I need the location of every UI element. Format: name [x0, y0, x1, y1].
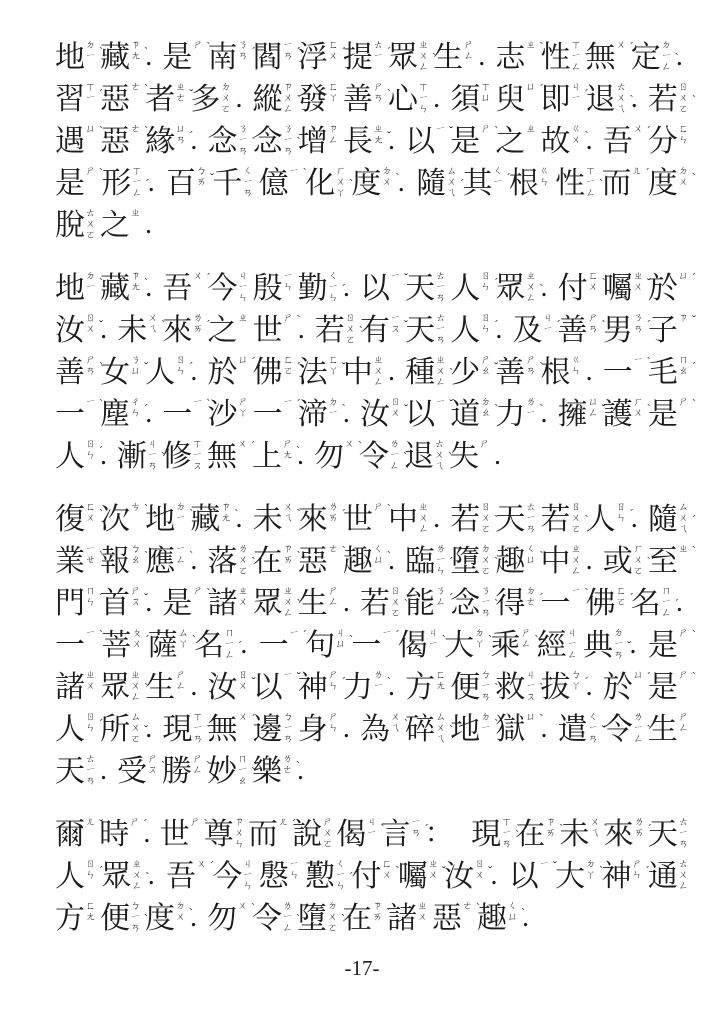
tone-mark: ˋ — [585, 513, 589, 525]
hanzi: 若 — [541, 500, 571, 540]
char-unit: 眾ㄓㄨㄥˋ — [253, 584, 294, 624]
tone-mark: ˊ — [210, 859, 214, 871]
zhuyin-letter: ㄣ — [336, 882, 346, 893]
tone-mark: ˇ — [494, 360, 498, 372]
tone-mark: ˋ — [476, 901, 480, 913]
zhuyin-letter: ㄟ — [283, 514, 293, 525]
zhuyin-letter: ㄣ — [86, 871, 96, 882]
zhuyin-letter: ㄨ — [382, 178, 392, 189]
char-unit: 令ㄌㄧㄥˋ — [359, 437, 400, 477]
char-unit: 吾ㄨˊ — [162, 269, 203, 309]
char-unit: 習ㄒㄧˊ — [55, 80, 96, 120]
zhuyin-letter: ㄛ — [283, 367, 293, 378]
zhuyin-letter: ㄢ — [243, 189, 253, 200]
zhuyin-annotation: ㄊㄨㄟˋ — [616, 83, 627, 116]
zhuyin-letter: ㄞ — [197, 178, 207, 189]
char-unit: 臨ㄌㄧㄣˊ — [405, 542, 446, 582]
tone-mark: ˋ — [99, 628, 103, 640]
hanzi: 性 — [555, 164, 585, 204]
zhuyin-annotation: ㄕˋ — [678, 629, 689, 640]
char-unit: 應ㄧㄥˋ — [145, 542, 186, 582]
zhuyin-annotation: ㄧˊ — [381, 629, 392, 640]
tone-mark: ˋ — [189, 549, 193, 561]
zhuyin-letter: ㄧ — [367, 829, 377, 840]
tone-mark: ˇ — [647, 276, 651, 288]
zhuyin-annotation: ㄙㄨㄛˇ — [130, 713, 141, 746]
zhuyin-annotation: ㄒㄧㄥˋ — [571, 41, 582, 74]
char-unit: 地ㄉㄧˋ — [450, 710, 491, 750]
char-unit: 趣ㄑㄩˋ — [495, 542, 536, 582]
zhuyin-annotation: ㄊㄧㄢ — [85, 755, 96, 788]
zhuyin-letter: ㄨ — [238, 682, 248, 693]
char-unit: 未ㄨㄟˋ — [559, 815, 600, 855]
zhuyin-letter: ㄢ — [481, 609, 491, 620]
zhuyin-annotation: ㄍㄣ — [571, 356, 582, 378]
tone-mark: ˋ — [432, 51, 436, 63]
zhuyin-annotation: ㄑㄧㄣˊ — [328, 272, 339, 305]
tone-mark: ˊ — [292, 817, 296, 829]
punctuation: . — [240, 626, 253, 664]
char-unit: 勿ㄨˋ — [207, 899, 248, 939]
zhuyin-annotation: ㄙㄨㄟˋ — [435, 713, 446, 746]
zhuyin-annotation: ㄕㄨㄛ — [322, 818, 333, 851]
hanzi: 護 — [603, 395, 633, 435]
hanzi: 是 — [648, 626, 678, 666]
char-unit: 上ㄕㄤˋ — [252, 437, 293, 477]
char-unit: 生ㄕㄥ — [298, 584, 339, 624]
zhuyin-annotation: ㄧㄣ — [283, 272, 294, 294]
char-unit: 現ㄒㄧㄢˋ — [162, 710, 203, 750]
hanzi: 及 — [513, 311, 543, 351]
hanzi: 長 — [343, 122, 373, 162]
zhuyin-letter: ㄕ — [283, 314, 293, 325]
hanzi: 令 — [603, 710, 633, 750]
zhuyin-annotation: ㄕㄥ — [463, 41, 474, 63]
punctuation: . — [236, 80, 249, 118]
char-unit: 度ㄉㄨˋ — [648, 164, 689, 204]
zhuyin-letter: ㄤ — [131, 283, 141, 294]
tone-mark: ˋ — [692, 628, 696, 640]
hanzi: 無 — [586, 38, 616, 78]
zhuyin-annotation: ㄖㄨㄛˋ — [345, 314, 356, 347]
zhuyin-annotation: ㄗㄤˋ — [220, 503, 231, 525]
zhuyin-letter: ㄞ — [283, 556, 293, 567]
zhuyin-annotation: ㄅㄧㄢ — [283, 713, 294, 746]
tone-mark: ˋ — [494, 124, 498, 136]
zhuyin-letter: ㄥ — [373, 378, 383, 389]
char-unit: 定ㄉㄧㄥˋ — [631, 38, 672, 78]
zhuyin-annotation: ㄌㄜˋ — [282, 755, 293, 777]
zhuyin-letter: ㄕ — [193, 587, 203, 598]
zhuyin-letter: ㄢ — [411, 829, 421, 840]
zhuyin-letter: ㄜ — [131, 83, 141, 94]
tone-mark: ˊ — [99, 864, 103, 876]
zhuyin-letter: ㄧ — [373, 682, 383, 693]
tone-mark: ˇ — [144, 360, 148, 372]
char-unit: 生ㄕㄥ — [648, 710, 689, 750]
char-unit: 沙ㄕㄚ — [208, 395, 249, 435]
text-line: 善ㄕㄢˋ女ㄋㄩˇ人ㄖㄣˊ.於ㄩˊ佛ㄈㄛˊ法ㄈㄚˇ中ㄓㄨㄥ.種ㄓㄨㄥˋ少ㄕㄠˇ善ㄕ… — [55, 353, 689, 395]
char-unit: 名ㄇㄧㄥˊ — [194, 626, 235, 666]
zhuyin-annotation: ㄓㄤˇ — [373, 125, 384, 147]
zhuyin-annotation: ㄅㄚˊ — [571, 671, 582, 693]
char-unit: 在ㄗㄞˋ — [342, 899, 383, 939]
char-unit: 世ㄕˋ — [253, 311, 294, 351]
hanzi: 若 — [315, 311, 345, 351]
tone-mark: ˋ — [599, 177, 603, 189]
zhuyin-annotation: ㄗㄨㄥˋ — [283, 83, 294, 116]
zhuyin-annotation: ㄊㄧㄢ — [678, 818, 689, 851]
zhuyin-annotation: ㄧㄡˇ — [390, 314, 401, 336]
zhuyin-annotation: ㄅㄧㄢˋ — [130, 902, 141, 935]
tone-mark: ˊ — [675, 597, 679, 609]
text-line: 一ㄧˋ菩ㄆㄨˊ薩ㄙㄚˋ名ㄇㄧㄥˊ.一ㄧˊ句ㄐㄩˋ一ㄧˊ偈ㄐㄧˋ大ㄉㄚˋ乘ㄕㄥˋ經… — [55, 626, 689, 668]
hanzi: 即 — [541, 80, 571, 120]
tone-mark: ˋ — [161, 450, 165, 462]
tone-mark: ˋ — [692, 93, 696, 105]
char-unit: 神ㄕㄣˊ — [601, 857, 642, 897]
zhuyin-annotation: ㄉㄧˋ — [85, 41, 96, 63]
tone-mark: ˋ — [144, 549, 148, 561]
text-line: 地ㄉㄧˋ藏ㄗㄤˋ.吾ㄨˊ今ㄐㄧㄣ殷ㄧㄣ勤ㄑㄧㄣˊ.以ㄧˇ天ㄊㄧㄢ人ㄖㄣˊ眾ㄓㄨㄥ… — [55, 269, 689, 311]
tone-mark: ˋ — [647, 355, 651, 367]
zhuyin-letter: ㄣ — [289, 871, 299, 882]
hanzi: 生 — [298, 584, 328, 624]
zhuyin-annotation: ㄧˋ — [289, 167, 300, 178]
hanzi: 便 — [100, 899, 130, 939]
zhuyin-annotation: ㄗㄥ — [328, 125, 339, 147]
zhuyin-annotation: ㄧˋ — [571, 587, 582, 598]
hanzi: 在 — [342, 899, 372, 939]
hanzi: 佛 — [253, 353, 283, 393]
zhuyin-letter: ㄩ — [86, 125, 96, 136]
zhuyin-annotation: ㄈㄣ — [678, 125, 689, 147]
char-unit: 今ㄐㄧㄣ — [208, 269, 249, 309]
zhuyin-annotation: ㄏㄨㄚˋ — [335, 167, 346, 200]
char-unit: 樂ㄌㄜˋ — [252, 752, 293, 792]
zhuyin-annotation: ㄆㄨˊ — [131, 629, 142, 651]
zhuyin-annotation: ㄈㄨˋ — [85, 503, 96, 525]
hanzi: 於 — [208, 353, 238, 393]
char-unit: 度ㄉㄨˋ — [145, 899, 186, 939]
zhuyin-letter: ㄨ — [86, 682, 96, 693]
zhuyin-annotation: ㄕˋ — [678, 398, 689, 409]
char-unit: 一ㄧˋ — [55, 395, 96, 435]
char-unit: 百ㄅㄞˇ — [166, 164, 207, 204]
hanzi: 增 — [298, 122, 328, 162]
tone-mark: ˋ — [252, 555, 256, 567]
zhuyin-letter: ㄧ — [436, 125, 446, 136]
tone-mark: ˊ — [395, 628, 399, 640]
hanzi: 碎 — [405, 710, 435, 750]
zhuyin-letter: ㄥ — [464, 52, 474, 63]
char-unit: 而ㄦˊ — [601, 164, 642, 204]
hanzi: 趣 — [343, 542, 373, 582]
tone-mark: ˋ — [442, 633, 446, 645]
zhuyin-letter: ㄢ — [526, 367, 536, 378]
hanzi: 人 — [55, 857, 85, 897]
hanzi: 在 — [253, 542, 283, 582]
hanzi: 至 — [648, 542, 678, 582]
char-unit: 受ㄕㄡˋ — [117, 752, 158, 792]
zhuyin-annotation: ㄕˋ — [192, 41, 203, 52]
hanzi: 於 — [648, 269, 678, 309]
tone-mark: ˊ — [99, 444, 103, 456]
hanzi: 隨 — [416, 164, 446, 204]
zhuyin-letter: ㄦ — [278, 818, 288, 829]
tone-mark: ˋ — [585, 586, 589, 598]
zhuyin-annotation: ㄦˊ — [631, 167, 642, 178]
tone-mark: ˋ — [99, 166, 103, 178]
hanzi: 尊 — [204, 815, 234, 855]
hanzi: 漸 — [117, 437, 147, 477]
hanzi: 若 — [450, 500, 480, 540]
char-unit: 為ㄨㄟˋ — [360, 710, 401, 750]
zhuyin-annotation: ㄌㄧㄣˊ — [435, 545, 446, 578]
hanzi: 修 — [162, 437, 192, 477]
char-unit: 生ㄕㄥ — [145, 668, 186, 708]
zhuyin-annotation: ㄕˊ — [129, 818, 140, 829]
char-unit: 尊ㄗㄨㄣ — [204, 815, 245, 855]
hanzi: 無 — [208, 710, 238, 750]
tone-mark: ˋ — [602, 318, 606, 330]
zhuyin-annotation: ㄕˋ — [192, 587, 203, 598]
char-unit: 地ㄉㄧˋ — [55, 269, 96, 309]
tone-mark: ˊ — [297, 45, 301, 57]
text-line: 人ㄖㄣˊ.漸ㄐㄧㄢˋ修ㄒㄧㄡ無ㄨˊ上ㄕㄤˋ.勿ㄨˋ令ㄌㄧㄥˋ退ㄊㄨㄟˋ失ㄕ. — [55, 437, 689, 479]
zhuyin-letter: ㄓ — [678, 545, 688, 556]
zhuyin-letter: ㄤ — [283, 451, 293, 462]
char-unit: 一ㄧˊ — [351, 626, 392, 666]
hanzi: 得 — [495, 584, 525, 624]
zhuyin-letter: ㄕ — [190, 818, 200, 829]
punctuation: . — [343, 584, 356, 622]
tone-mark: ˊ — [460, 177, 464, 189]
hanzi: 若 — [360, 584, 390, 624]
hanzi: 隨 — [648, 500, 678, 540]
zhuyin-annotation: ㄒㄧㄢˋ — [192, 713, 203, 746]
zhuyin-annotation: ㄨㄟˋ — [589, 818, 600, 840]
hanzi: 眾 — [100, 668, 130, 708]
hanzi: 一 — [162, 395, 192, 435]
tone-mark: ˋ — [539, 402, 543, 414]
zhuyin-annotation: ㄏㄨㄛˋ — [633, 545, 644, 578]
zhuyin-annotation: ㄐㄧㄢˋ — [147, 440, 158, 473]
zhuyin-letter: ㄣ — [436, 567, 446, 578]
char-unit: 於ㄩˊ — [648, 269, 689, 309]
zhuyin-annotation: ㄖㄨˇ — [390, 398, 401, 420]
tone-mark: ˋ — [539, 681, 543, 693]
hanzi: 神 — [601, 857, 631, 897]
zhuyin-annotation: ㄕㄥ — [678, 713, 689, 735]
hanzi: 諸 — [208, 584, 238, 624]
char-unit: 隨ㄙㄨㄟˊ — [648, 500, 689, 540]
tone-mark: ˋ — [161, 759, 165, 771]
zhuyin-annotation: ㄉㄨˋ — [381, 167, 392, 189]
zhuyin-annotation: ㄒㄧㄣ — [418, 83, 429, 116]
zhuyin-annotation: ㄕㄢˋ — [85, 356, 96, 378]
hanzi: 者 — [145, 80, 175, 120]
zhuyin-annotation: ㄌㄧˋ — [525, 398, 536, 420]
tone-mark: ˊ — [189, 360, 193, 372]
zhuyin-letter: ㄡ — [193, 462, 203, 473]
char-unit: 方ㄈㄤ — [405, 668, 446, 708]
char-unit: 是ㄕˋ — [648, 668, 689, 708]
zhuyin-letter: ㄨ — [176, 913, 186, 924]
zhuyin-letter: ㄢ — [238, 147, 248, 158]
char-unit: 汝ㄖㄨˇ — [444, 857, 485, 897]
tone-mark: ˊ — [342, 507, 346, 519]
zhuyin-letter: ㄥ — [586, 189, 596, 200]
zhuyin-annotation: ㄈㄛˊ — [616, 587, 627, 609]
tone-mark: ˋ — [342, 402, 346, 414]
char-unit: 性ㄒㄧㄥˋ — [555, 164, 596, 204]
zhuyin-letter: ㄚ — [475, 640, 485, 651]
zhuyin-annotation: ㄓˋ — [678, 545, 689, 556]
tone-mark: ˋ — [189, 507, 193, 519]
zhuyin-letter: ㄚ — [238, 409, 248, 420]
char-unit: 若ㄖㄨㄛˋ — [541, 500, 582, 540]
zhuyin-letter: ㄟ — [148, 325, 158, 336]
zhuyin-letter: ㄨ — [475, 871, 485, 882]
text-line: 人ㄖㄣˊ所ㄙㄨㄛˇ.現ㄒㄧㄢˋ無ㄨˊ邊ㄅㄧㄢ身ㄕㄣ.為ㄨㄟˋ碎ㄙㄨㄟˋ地ㄉㄧˋ獄… — [55, 710, 689, 752]
zhuyin-letter: ㄢ — [436, 294, 446, 305]
zhuyin-letter: ㄢ — [436, 336, 446, 347]
zhuyin-annotation: ㄖㄨˇ — [85, 314, 96, 336]
zhuyin-letter: ㄛ — [633, 567, 643, 578]
char-unit: 至ㄓˋ — [648, 542, 689, 582]
hanzi: 樂 — [252, 752, 282, 792]
char-unit: 無ㄨˊ — [586, 38, 627, 78]
hanzi: 方 — [55, 899, 85, 939]
zhuyin-annotation: ㄖㄨˇ — [238, 671, 249, 693]
char-unit: 惡ㄜˋ — [100, 80, 141, 120]
char-unit: 女ㄋㄩˇ — [100, 353, 141, 393]
zhuyin-letter: ㄥ — [419, 525, 429, 536]
char-unit: 億ㄧˋ — [259, 164, 300, 204]
zhuyin-annotation: ㄕㄣˊ — [328, 671, 339, 693]
tone-mark: ˋ — [539, 712, 543, 724]
hanzi: 大 — [555, 857, 585, 897]
hanzi: 天 — [648, 815, 678, 855]
char-unit: 諸ㄓㄨ — [387, 899, 428, 939]
hanzi: 以 — [405, 395, 435, 435]
char-unit: 大ㄉㄚˋ — [444, 626, 485, 666]
tone-mark: ˋ — [647, 402, 651, 414]
char-unit: 通ㄊㄨㄥ — [648, 857, 689, 897]
zhuyin-letter: ㄩ — [336, 640, 346, 651]
zhuyin-letter: ㄛ — [131, 735, 141, 746]
punctuation: . — [478, 38, 491, 76]
zhuyin-annotation: ㄒㄧㄥˊ — [131, 167, 142, 200]
zhuyin-annotation: ㄉㄧˋ — [328, 398, 339, 420]
tone-mark: ˋ — [539, 40, 543, 52]
zhuyin-annotation: ㄐㄧㄥ — [567, 629, 578, 662]
tone-mark: ˊ — [645, 864, 649, 876]
zhuyin-letter: ㄜ — [283, 766, 293, 777]
tone-mark: ˊ — [206, 318, 210, 330]
tone-mark: ˊ — [647, 124, 651, 136]
char-unit: 塵ㄔㄣˊ — [100, 395, 141, 435]
zhuyin-letter: ㄕ — [481, 125, 491, 136]
zhuyin-letter: ㄩ — [238, 356, 248, 367]
zhuyin-letter: ㄨ — [345, 440, 355, 451]
hanzi: 諸 — [387, 899, 417, 939]
text-line: 一ㄧˋ塵ㄔㄣˊ.一ㄧˋ沙ㄕㄚ一ㄧˊ渧ㄉㄧˋ.汝ㄖㄨˇ以ㄧˇ道ㄉㄠˋ力ㄌㄧˋ.擁ㄩ… — [55, 395, 689, 437]
zhuyin-letter: ㄛ — [571, 525, 581, 536]
char-unit: 偈ㄐㄧˋ — [336, 815, 377, 855]
zhuyin-letter: ㄥ — [390, 462, 400, 473]
hanzi: 遣 — [558, 710, 588, 750]
char-unit: 佛ㄈㄛˊ — [586, 584, 627, 624]
tone-mark: ˋ — [358, 439, 362, 451]
tone-mark: ˊ — [449, 555, 453, 567]
zhuyin-annotation: ㄖㄨㄛˋ — [390, 587, 401, 620]
zhuyin-letter: ㄕ — [480, 440, 490, 451]
zhuyin-annotation: ㄕㄠˇ — [480, 356, 491, 378]
tone-mark: ˋ — [559, 822, 563, 834]
char-unit: 一ㄧˊ — [253, 395, 294, 435]
tone-mark: ˋ — [206, 759, 210, 771]
zhuyin-letter: ㄢ — [86, 367, 96, 378]
hanzi: 為 — [360, 710, 390, 750]
tone-mark: ˋ — [534, 633, 538, 645]
zhuyin-letter: ㄨ — [633, 409, 643, 420]
zhuyin-letter: ㄜ — [131, 125, 141, 136]
char-unit: 長ㄓㄤˇ — [343, 122, 384, 162]
hanzi: 令 — [359, 437, 389, 477]
tone-mark: ˇ — [99, 817, 103, 829]
zhuyin-letter: ㄥ — [225, 651, 235, 662]
zhuyin-annotation: ㄏㄨˋ — [633, 398, 644, 420]
zhuyin-letter: ㄚ — [328, 367, 338, 378]
char-unit: 趣ㄑㄩˋ — [477, 899, 518, 939]
hanzi: 世 — [343, 500, 373, 540]
zhuyin-annotation: ㄉㄧㄥˋ — [661, 41, 672, 74]
zhuyin-letter: ㄓ — [131, 209, 141, 220]
hanzi: 種 — [405, 353, 435, 393]
tone-mark: ˊ — [630, 507, 634, 519]
hanzi: 邊 — [253, 710, 283, 750]
char-unit: 渧ㄉㄧˋ — [298, 395, 339, 435]
hanzi: 遇 — [55, 122, 85, 162]
hanzi: 一 — [55, 626, 85, 666]
text-line: 遇ㄩˋ惡ㄜˋ緣ㄩㄢˊ.念ㄋㄧㄢˋ念ㄋㄧㄢˋ增ㄗㄥ長ㄓㄤˇ.以ㄧˇ是ㄕˋ之ㄓ故ㄍㄨ… — [55, 122, 689, 164]
char-unit: 次ㄘˋ — [100, 500, 141, 540]
hanzi: 勤 — [298, 269, 328, 309]
zhuyin-letter: ㄢ — [238, 52, 248, 63]
char-unit: 千ㄑㄧㄢ — [212, 164, 253, 204]
tone-mark: ˊ — [145, 177, 149, 189]
hanzi: 門 — [55, 584, 85, 624]
hanzi: 惡 — [100, 122, 130, 162]
char-unit: 以ㄧˇ — [405, 122, 446, 162]
tone-mark: ˋ — [692, 670, 696, 682]
hanzi: 世 — [160, 815, 190, 855]
hanzi: 或 — [603, 542, 633, 582]
zhuyin-letter: ㄜ — [463, 902, 473, 913]
hanzi: 便 — [450, 668, 480, 708]
zhuyin-annotation: ㄗㄨㄣ — [234, 818, 245, 851]
zhuyin-annotation: ㄓㄨㄥ — [418, 503, 429, 536]
tone-mark: ˋ — [630, 93, 634, 105]
zhuyin-letter: ㄧ — [86, 94, 96, 105]
zhuyin-annotation: ㄕˋ — [190, 818, 201, 829]
zhuyin-letter: ㄡ — [526, 693, 536, 704]
hanzi: 地 — [450, 710, 480, 750]
zhuyin-annotation: ㄕㄥˋ — [192, 755, 203, 777]
char-unit: 藏ㄗㄤˋ — [190, 500, 231, 540]
